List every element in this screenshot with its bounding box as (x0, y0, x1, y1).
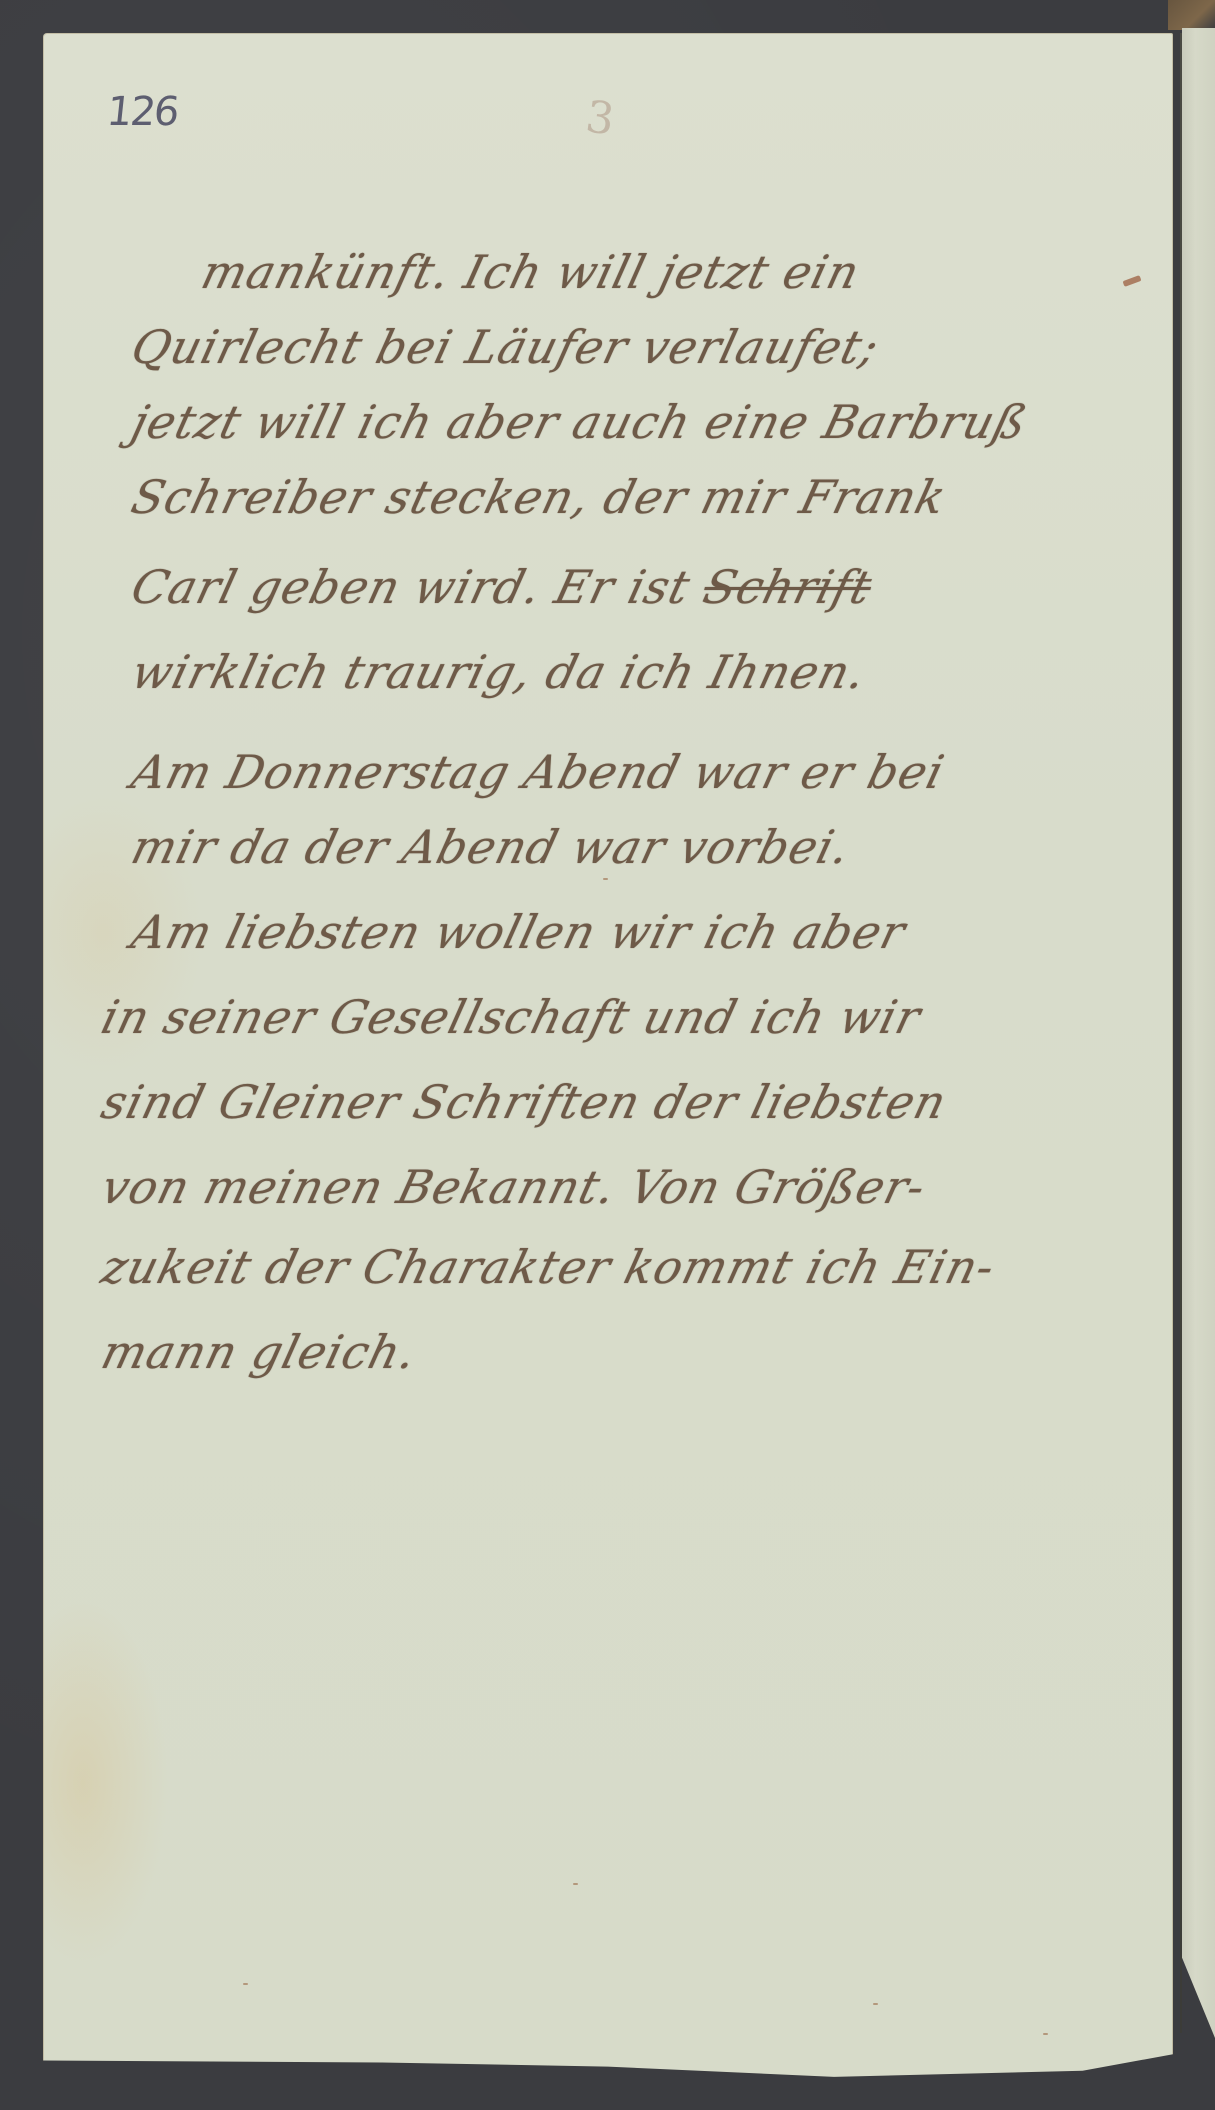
faint-pencil-mark: 3 (583, 91, 618, 145)
text-line-7: Am Donnerstag Abend war er bei (126, 745, 950, 799)
ink-speck (1123, 275, 1142, 287)
paper-fiber (243, 1983, 248, 1985)
text-line-5: Carl geben wird. Er ist Schrift (126, 560, 878, 614)
page-fold-line (1180, 33, 1182, 2033)
adjacent-leaf-edge (1182, 28, 1215, 2038)
text-line-2: Quirlecht bei Läufer verlaufet; (126, 320, 885, 374)
paper-fiber (1043, 2033, 1048, 2035)
text-line-11: sind Gleiner Schriften der liebsten (96, 1075, 952, 1129)
ink-dot (603, 878, 608, 880)
text-line-10: in seiner Gesellschaft und ich wir (96, 990, 926, 1044)
text-line-6: wirklich traurig, da ich Ihnen. (126, 645, 872, 699)
text-line-9: Am liebsten wollen wir ich aber (126, 905, 911, 959)
folio-number: 126 (105, 89, 180, 135)
text-line-1: mankünft. Ich will jetzt ein (196, 245, 865, 299)
text-line-14: mann gleich. (96, 1325, 422, 1379)
paper-fiber (873, 2003, 878, 2005)
corner-stain (1168, 0, 1215, 30)
text-line-5-main: Carl geben wird. Er ist (126, 560, 696, 614)
paper-fiber (573, 1883, 578, 1885)
text-line-13: zukeit der Charakter kommt ich Ein- (96, 1240, 1000, 1294)
struck-word: Schrift (698, 560, 878, 614)
text-line-3: jetzt will ich aber auch eine Barbruß (126, 395, 1033, 449)
manuscript-page: 126 3 mankünft. Ich will jetzt ein Quirl… (43, 33, 1173, 2083)
text-line-8: mir da der Abend war vorbei. (126, 820, 856, 874)
text-line-4: Schreiber stecken, der mir Frank (126, 470, 952, 524)
text-line-12: von meinen Bekannt. Von Größer- (96, 1160, 931, 1214)
